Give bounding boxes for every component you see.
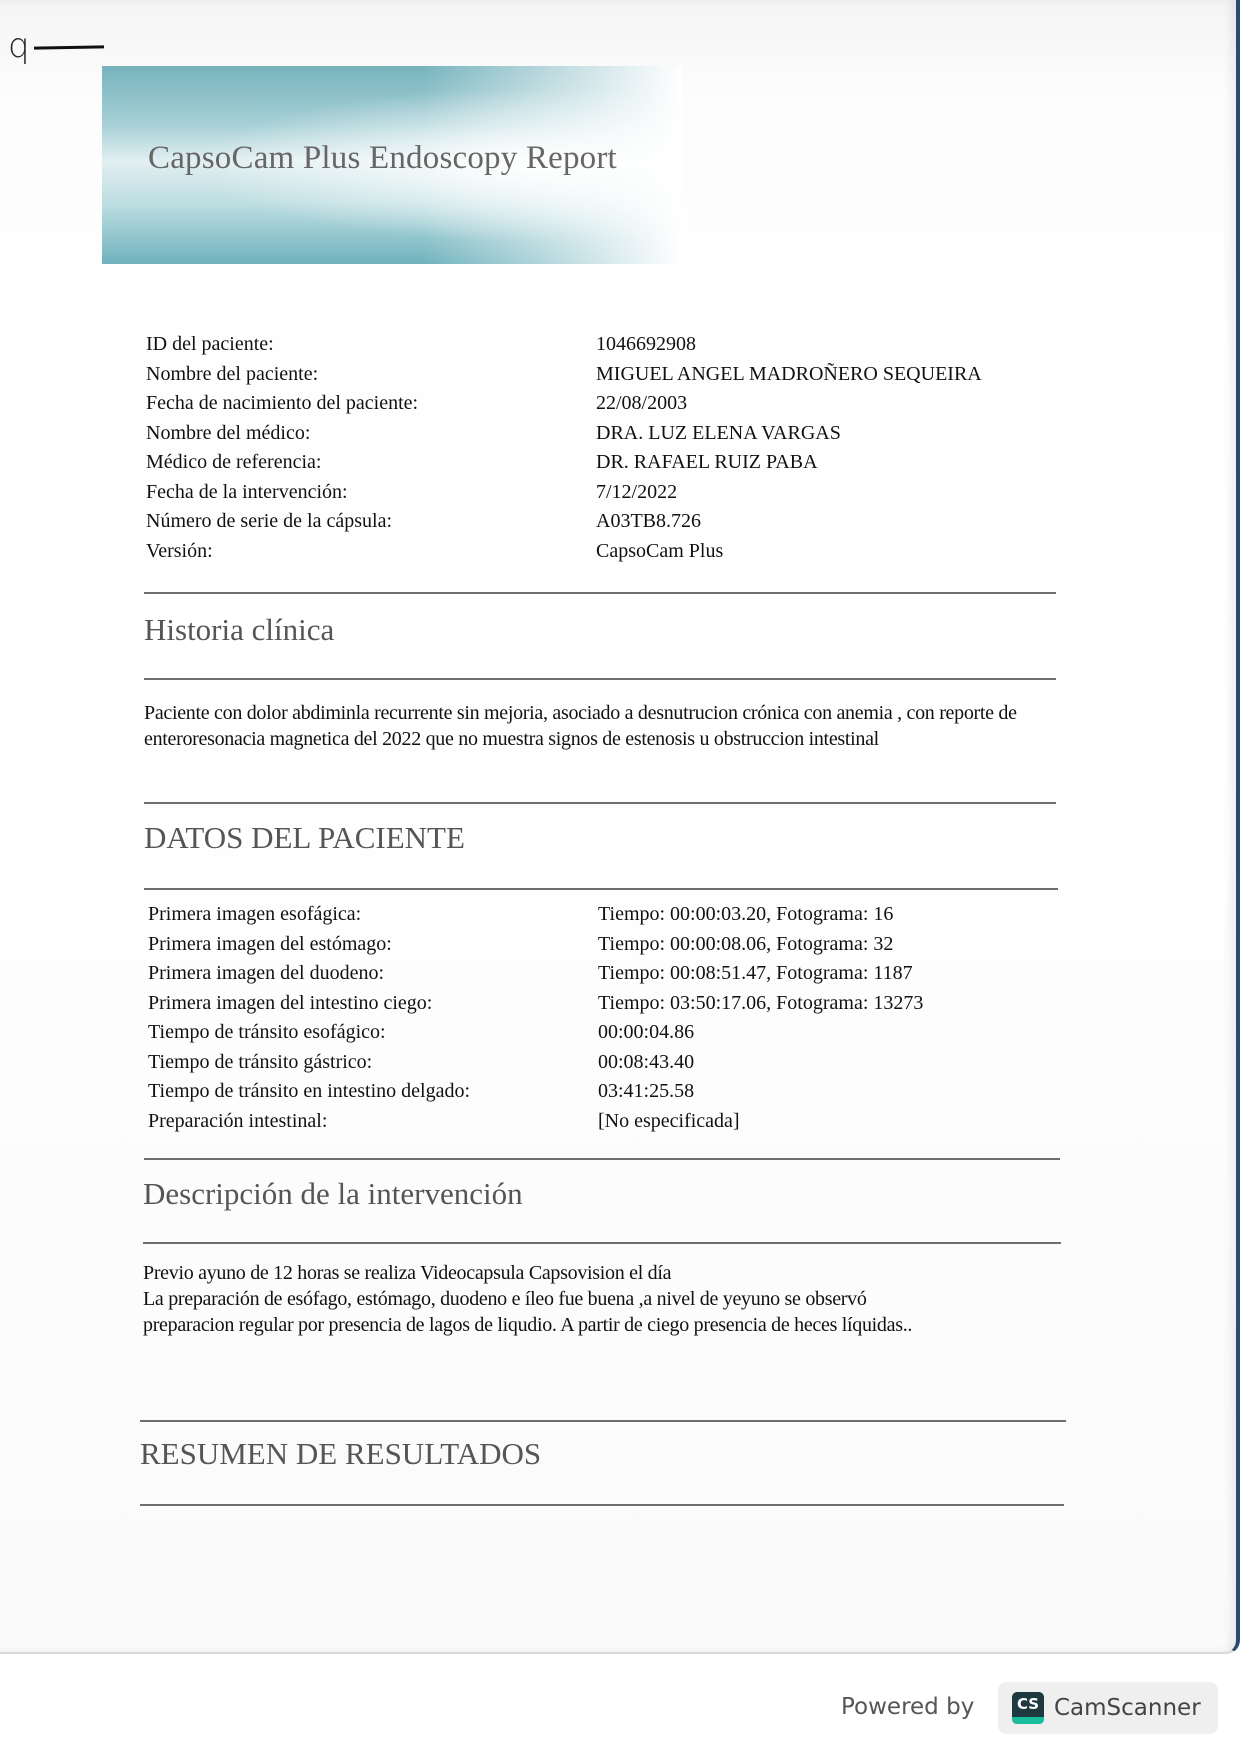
- data-value: Tiempo: 00:08:51.47, Fotograma: 1187: [598, 959, 913, 989]
- descripcion-text: Previo ayuno de 12 horas se realiza Vide…: [143, 1260, 1083, 1338]
- data-row: Primera imagen esofágica:Tiempo: 00:00:0…: [148, 900, 923, 930]
- camscanner-logo-icon: CS: [1012, 1692, 1044, 1724]
- patient-data-table: Primera imagen esofágica:Tiempo: 00:00:0…: [148, 900, 923, 1136]
- powered-by-label: Powered by: [841, 1694, 974, 1720]
- info-label: Fecha de la intervención:: [146, 478, 596, 508]
- info-label: Fecha de nacimiento del paciente:: [146, 389, 596, 419]
- info-value: CapsoCam Plus: [596, 537, 723, 567]
- info-value: MIGUEL ANGEL MADROÑERO SEQUEIRA: [596, 360, 982, 390]
- data-row: Primera imagen del intestino ciego:Tiemp…: [148, 989, 923, 1019]
- divider: [144, 678, 1056, 680]
- data-label: Primera imagen esofágica:: [148, 900, 598, 930]
- data-row: Primera imagen del duodeno:Tiempo: 00:08…: [148, 959, 923, 989]
- info-row: Nombre del médico:DRA. LUZ ELENA VARGAS: [146, 419, 982, 449]
- handwritten-mark: q: [8, 26, 30, 66]
- section-title-datos: DATOS DEL PACIENTE: [144, 820, 465, 856]
- info-value: 1046692908: [596, 330, 696, 360]
- section-title-resumen: RESUMEN DE RESULTADOS: [140, 1436, 541, 1472]
- data-label: Primera imagen del duodeno:: [148, 959, 598, 989]
- divider: [144, 802, 1056, 804]
- report-title: CapsoCam Plus Endoscopy Report: [148, 140, 617, 177]
- data-value: 03:41:25.58: [598, 1077, 694, 1107]
- camscanner-badge[interactable]: CS CamScanner: [998, 1682, 1218, 1734]
- section-title-historia: Historia clínica: [144, 612, 334, 648]
- historia-clinica-text: Paciente con dolor abdiminla recurrente …: [144, 700, 1064, 752]
- info-row: Número de serie de la cápsula:A03TB8.726: [146, 507, 982, 537]
- divider: [143, 1242, 1061, 1244]
- info-label: Número de serie de la cápsula:: [146, 507, 596, 537]
- info-label: Nombre del médico:: [146, 419, 596, 449]
- data-label: Primera imagen del estómago:: [148, 930, 598, 960]
- data-row: Tiempo de tránsito esofágico:00:00:04.86: [148, 1018, 923, 1048]
- divider: [140, 1420, 1066, 1422]
- data-value: 00:00:04.86: [598, 1018, 694, 1048]
- scanned-page: q CapsoCam Plus Endoscopy Report ID del …: [0, 0, 1240, 1654]
- data-row: Preparación intestinal:[No especificada]: [148, 1107, 923, 1137]
- data-value: Tiempo: 00:00:03.20, Fotograma: 16: [598, 900, 893, 930]
- data-row: Tiempo de tránsito gástrico:00:08:43.40: [148, 1048, 923, 1078]
- camscanner-brand: CamScanner: [1054, 1695, 1201, 1721]
- data-label: Tiempo de tránsito en intestino delgado:: [148, 1077, 598, 1107]
- info-value: 7/12/2022: [596, 478, 677, 508]
- data-label: Preparación intestinal:: [148, 1107, 598, 1137]
- info-row: Fecha de nacimiento del paciente:22/08/2…: [146, 389, 982, 419]
- divider: [144, 592, 1056, 594]
- divider: [144, 888, 1058, 890]
- info-value: 22/08/2003: [596, 389, 687, 419]
- info-row: Nombre del paciente:MIGUEL ANGEL MADROÑE…: [146, 360, 982, 390]
- info-value: DRA. LUZ ELENA VARGAS: [596, 419, 841, 449]
- info-label: Versión:: [146, 537, 596, 567]
- data-label: Tiempo de tránsito esofágico:: [148, 1018, 598, 1048]
- info-row: ID del paciente:1046692908: [146, 330, 982, 360]
- info-row: Médico de referencia:DR. RAFAEL RUIZ PAB…: [146, 448, 982, 478]
- data-row: Tiempo de tránsito en intestino delgado:…: [148, 1077, 923, 1107]
- divider: [140, 1504, 1064, 1506]
- data-label: Tiempo de tránsito gástrico:: [148, 1048, 598, 1078]
- descripcion-line: Previo ayuno de 12 horas se realiza Vide…: [143, 1260, 1083, 1286]
- info-row: Fecha de la intervención:7/12/2022: [146, 478, 982, 508]
- section-title-descripcion: Descripción de la intervención: [143, 1176, 523, 1212]
- info-value: A03TB8.726: [596, 507, 701, 537]
- handwritten-stroke: [34, 45, 104, 49]
- info-label: Nombre del paciente:: [146, 360, 596, 390]
- info-row: Versión:CapsoCam Plus: [146, 537, 982, 567]
- patient-info-table: ID del paciente:1046692908 Nombre del pa…: [146, 330, 982, 566]
- data-row: Primera imagen del estómago:Tiempo: 00:0…: [148, 930, 923, 960]
- data-value: Tiempo: 03:50:17.06, Fotograma: 13273: [598, 989, 923, 1019]
- info-label: ID del paciente:: [146, 330, 596, 360]
- info-value: DR. RAFAEL RUIZ PABA: [596, 448, 818, 478]
- data-label: Primera imagen del intestino ciego:: [148, 989, 598, 1019]
- descripcion-line: La preparación de esófago, estómago, duo…: [143, 1286, 1083, 1312]
- data-value: Tiempo: 00:00:08.06, Fotograma: 32: [598, 930, 893, 960]
- data-value: 00:08:43.40: [598, 1048, 694, 1078]
- divider: [144, 1158, 1060, 1160]
- info-label: Médico de referencia:: [146, 448, 596, 478]
- descripcion-line: preparacion regular por presencia de lag…: [143, 1312, 1083, 1338]
- data-value: [No especificada]: [598, 1107, 740, 1137]
